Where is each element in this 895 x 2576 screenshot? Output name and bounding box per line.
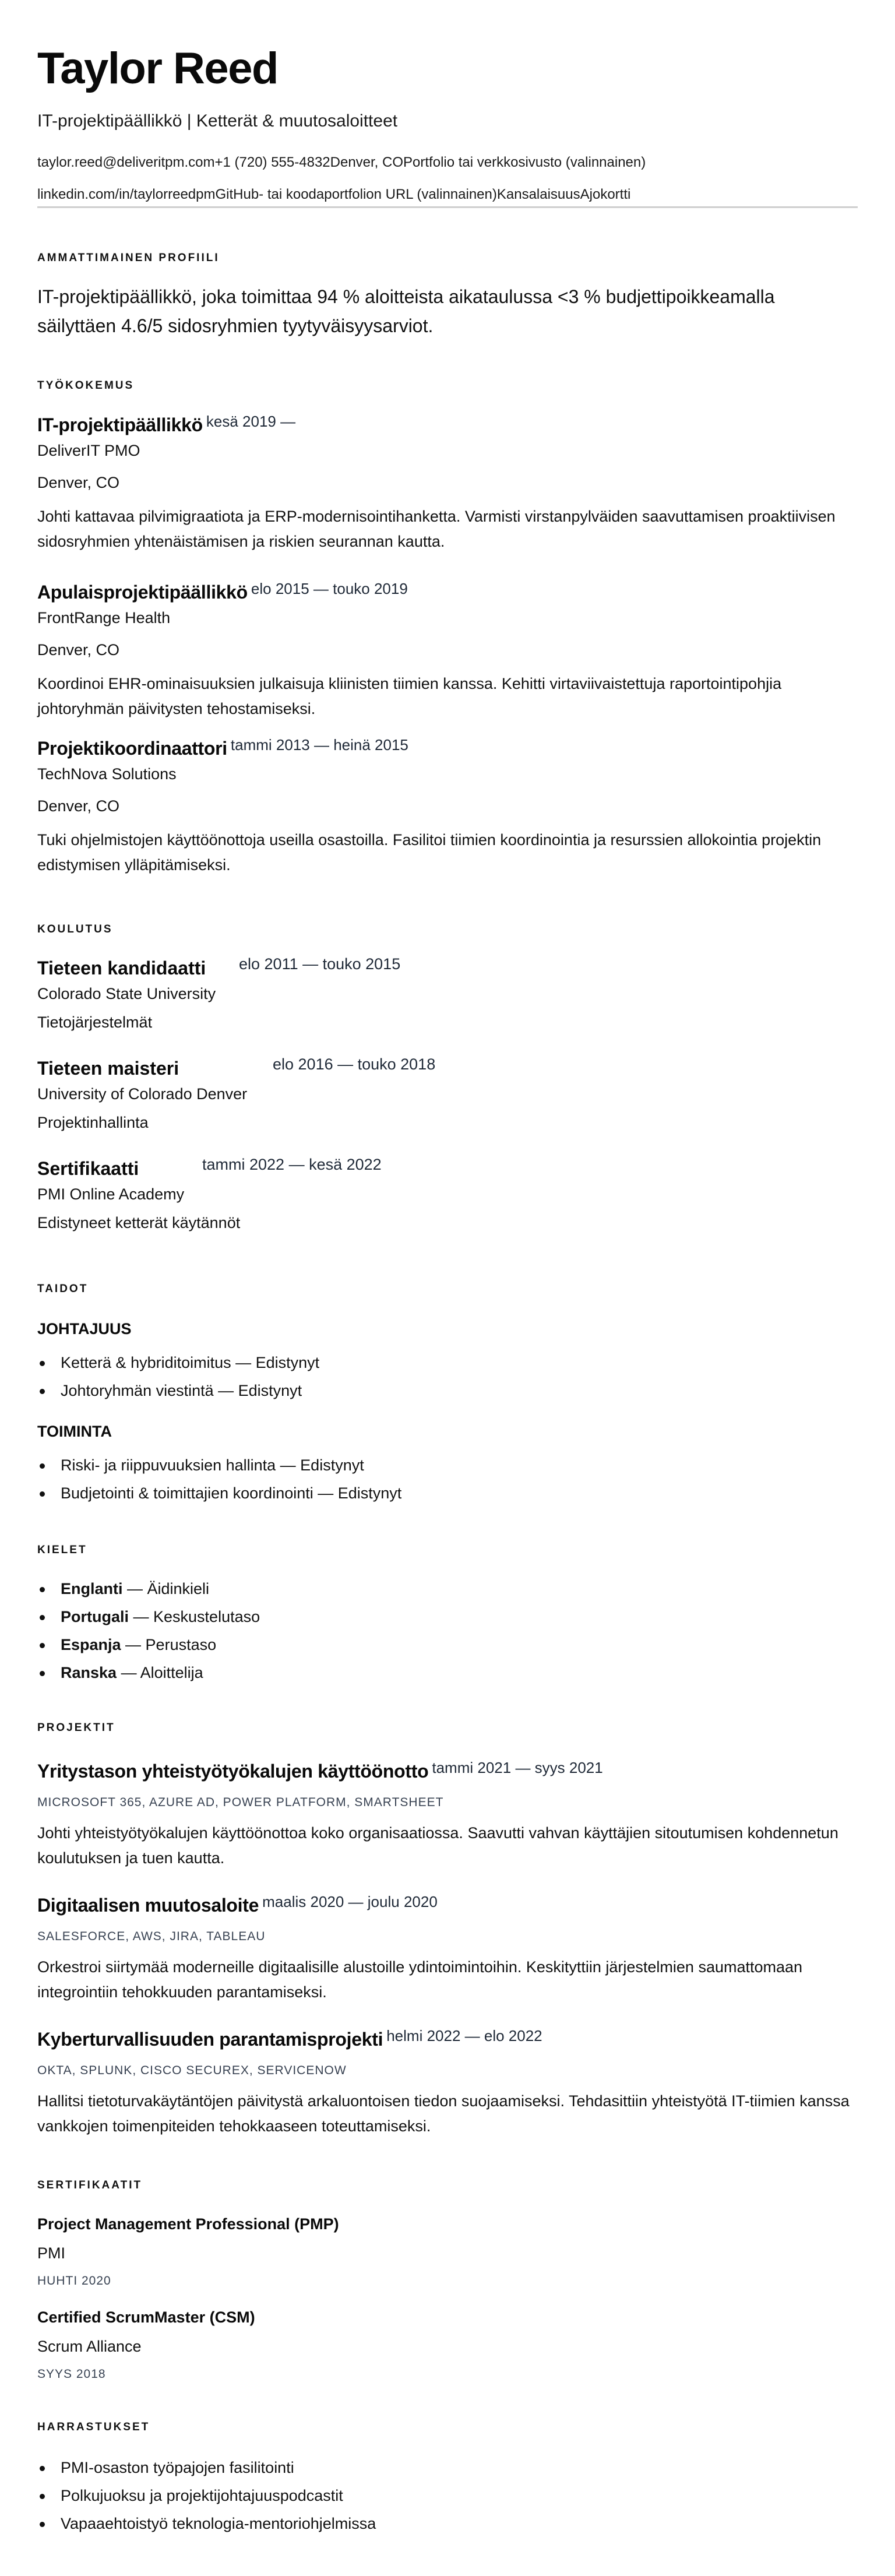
interest-item: Polkujuoksu ja projektijohtajuuspodcasti…: [37, 2482, 376, 2510]
project-tech-stack: Salesforce, AWS, Jira, Tableau: [37, 1929, 858, 1944]
experience-item: Projektikoordinaattoritammi 2013 — heinä…: [37, 737, 858, 878]
skill-item: Johtoryhmän viestintä — Edistynyt: [37, 1377, 319, 1405]
contact-citizenship: Kansalaisuus: [497, 186, 580, 202]
cert-date: huhti 2020: [37, 2274, 339, 2288]
edu-field: Edistyneet ketterät käytännöt: [37, 1213, 858, 1233]
project-item: Kyberturvallisuuden parantamisprojektihe…: [37, 2028, 858, 2139]
skill-list: Riski- ja riippuvuuksien hallinta — Edis…: [37, 1451, 401, 1507]
section-heading-profile: Ammattimainen profiili: [37, 252, 220, 263]
section-heading-certifications: Sertifikaatit: [37, 2180, 142, 2191]
contact-portfolio[interactable]: Portfolio tai verkkosivusto (valinnainen…: [403, 154, 646, 170]
section-heading-skills: Taidot: [37, 1283, 88, 1294]
job-company: TechNova Solutions: [37, 764, 858, 784]
language-level: — Aloittelija: [117, 1664, 203, 1681]
education-item: Tieteen kandidaattielo 2011 — touko 2015…: [37, 957, 858, 1033]
edu-degree: Sertifikaatti: [37, 1157, 202, 1180]
skill-item: Budjetointi & toimittajien koordinointi …: [37, 1479, 401, 1507]
job-dates: kesä 2019 —: [206, 413, 295, 430]
candidate-name: Taylor Reed: [37, 47, 278, 91]
job-description: Koordinoi EHR-ominaisuuksien julkaisuja …: [37, 671, 853, 722]
interest-item: Vapaaehtoistyö teknologia-mentoriohjelmi…: [37, 2510, 376, 2538]
certification-item: Certified ScrumMaster (CSM) Scrum Allian…: [37, 2308, 255, 2381]
edu-field: Tietojärjestelmät: [37, 1012, 858, 1033]
contact-phone[interactable]: +1 (720) 555-4832: [214, 154, 330, 170]
edu-dates: tammi 2022 — kesä 2022: [202, 1155, 382, 1174]
edu-school: University of Colorado Denver: [37, 1084, 858, 1104]
skill-group-heading: Toiminta: [37, 1424, 112, 1440]
language-name: Espanja: [61, 1636, 121, 1653]
language-name: Englanti: [61, 1580, 123, 1597]
project-tech-stack: Okta, Splunk, Cisco SecureX, ServiceNow: [37, 2063, 858, 2078]
section-heading-interests: Harrastukset: [37, 2422, 150, 2433]
job-dates: tammi 2013 — heinä 2015: [231, 736, 408, 754]
contact-location: Denver, CO: [330, 154, 403, 170]
project-description: Orkestroi siirtymää moderneille digitaal…: [37, 1955, 853, 2005]
cert-issuer: PMI: [37, 2244, 339, 2262]
project-dates: tammi 2021 — syys 2021: [432, 1759, 602, 1776]
job-description: Johti kattavaa pilvimigraatiota ja ERP-m…: [37, 504, 853, 554]
edu-degree: Tieteen kandidaatti: [37, 957, 239, 979]
edu-dates: elo 2011 — touko 2015: [239, 955, 400, 973]
language-item: Portugali — Keskustelutaso: [37, 1603, 260, 1631]
project-item: Digitaalisen muutosaloitemaalis 2020 — j…: [37, 1894, 858, 2005]
job-location: Denver, CO: [37, 473, 858, 493]
contact-linkedin[interactable]: linkedin.com/in/taylorreedpm: [37, 186, 215, 202]
skill-item: Ketterä & hybriditoimitus — Edistynyt: [37, 1349, 319, 1377]
project-description: Hallitsi tietoturvakäytäntöjen päivityst…: [37, 2089, 853, 2139]
project-description: Johti yhteistyötyökalujen käyttöönottoa …: [37, 1821, 853, 1871]
job-location: Denver, CO: [37, 640, 858, 660]
project-item: Yritystason yhteistyötyökalujen käyttöön…: [37, 1760, 858, 1871]
edu-school: Colorado State University: [37, 984, 858, 1004]
skill-list: Ketterä & hybriditoimitus — Edistynyt Jo…: [37, 1349, 319, 1405]
section-heading-education: Koulutus: [37, 924, 113, 935]
job-dates: elo 2015 — touko 2019: [251, 580, 408, 597]
candidate-headline: IT-projektipäällikkö | Ketterät & muutos…: [37, 111, 397, 132]
section-heading-projects: Projektit: [37, 1722, 115, 1733]
edu-school: PMI Online Academy: [37, 1184, 858, 1205]
cert-issuer: Scrum Alliance: [37, 2337, 255, 2356]
language-item: Englanti — Äidinkieli: [37, 1575, 260, 1603]
language-list: Englanti — Äidinkieli Portugali — Keskus…: [37, 1575, 260, 1687]
education-item: Tieteen maisterielo 2016 — touko 2018 Un…: [37, 1057, 858, 1134]
edu-degree: Tieteen maisteri: [37, 1057, 273, 1079]
section-heading-experience: Työkokemus: [37, 380, 134, 391]
section-heading-languages: Kielet: [37, 1544, 87, 1556]
language-item: Ranska — Aloittelija: [37, 1659, 260, 1687]
project-title: Digitaalisen muutosaloite: [37, 1895, 259, 1916]
job-title: IT-projektipäällikkö: [37, 414, 203, 435]
certification-item: Project Management Professional (PMP) PM…: [37, 2215, 339, 2288]
profile-summary: IT-projektipäällikkö, joka toimittaa 94 …: [37, 283, 858, 340]
contact-email[interactable]: taylor.reed@deliveritpm.com: [37, 154, 214, 170]
job-description: Tuki ohjelmistojen käyttöönottoja useill…: [37, 828, 853, 878]
language-level: — Äidinkieli: [123, 1580, 210, 1597]
job-title: Apulaisprojektipäällikkö: [37, 582, 248, 603]
interest-item: PMI-osaston työpajojen fasilitointi: [37, 2454, 376, 2482]
job-location: Denver, CO: [37, 796, 858, 817]
language-item: Espanja — Perustaso: [37, 1631, 260, 1659]
job-title: Projektikoordinaattori: [37, 738, 227, 759]
language-level: — Perustaso: [121, 1636, 217, 1653]
contact-line-secondary: linkedin.com/in/taylorreedpmGitHub- tai …: [37, 186, 630, 203]
project-dates: helmi 2022 — elo 2022: [386, 2027, 542, 2044]
language-name: Portugali: [61, 1608, 129, 1625]
project-title: Yritystason yhteistyötyökalujen käyttöön…: [37, 1761, 428, 1782]
contact-github[interactable]: GitHub- tai koodaportfolion URL (valinna…: [215, 186, 496, 202]
project-title: Kyberturvallisuuden parantamisprojekti: [37, 2029, 383, 2050]
edu-dates: elo 2016 — touko 2018: [273, 1055, 435, 1074]
language-name: Ranska: [61, 1664, 117, 1681]
education-item: Sertifikaattitammi 2022 — kesä 2022 PMI …: [37, 1157, 858, 1234]
skill-group-heading: Johtajuus: [37, 1321, 132, 1337]
cert-name: Certified ScrumMaster (CSM): [37, 2308, 255, 2327]
project-tech-stack: Microsoft 365, Azure AD, Power Platform,…: [37, 1795, 858, 1810]
cert-name: Project Management Professional (PMP): [37, 2215, 339, 2233]
experience-item: Apulaisprojektipäällikköelo 2015 — touko…: [37, 581, 858, 722]
header-divider: [37, 206, 858, 208]
language-level: — Keskustelutaso: [129, 1608, 260, 1625]
experience-item: IT-projektipäällikkökesä 2019 — DeliverI…: [37, 414, 858, 554]
contact-line-primary: taylor.reed@deliveritpm.com+1 (720) 555-…: [37, 154, 646, 171]
interest-list: PMI-osaston työpajojen fasilitointi Polk…: [37, 2454, 376, 2538]
contact-drivers-license: Ajokortti: [580, 186, 631, 202]
cert-date: syys 2018: [37, 2367, 255, 2381]
edu-field: Projektinhallinta: [37, 1113, 858, 1133]
project-dates: maalis 2020 — joulu 2020: [262, 1893, 438, 1910]
job-company: FrontRange Health: [37, 608, 858, 628]
skill-item: Riski- ja riippuvuuksien hallinta — Edis…: [37, 1451, 401, 1479]
job-company: DeliverIT PMO: [37, 441, 858, 461]
